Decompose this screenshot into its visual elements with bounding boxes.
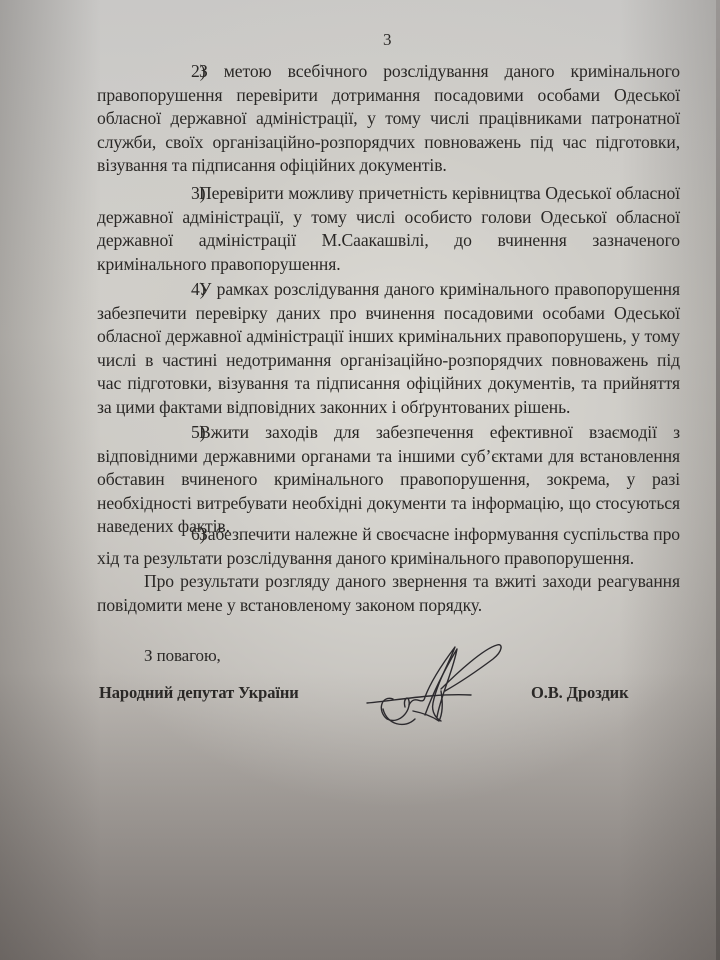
signature-icon bbox=[353, 633, 523, 743]
paper-edge-shadow bbox=[716, 0, 720, 960]
list-item-2: 2)З метою всебічного розслідування даног… bbox=[97, 60, 680, 178]
final-request: Про результати розгляду даного звернення… bbox=[97, 570, 680, 617]
item-number: 2) bbox=[144, 60, 199, 84]
list-item-6: 6)Забезпечити належне й своєчасне інформ… bbox=[97, 523, 680, 570]
page-number: 3 bbox=[383, 28, 391, 52]
list-item-3: 3)Перевірити можливу причетність керівни… bbox=[97, 182, 680, 276]
closing-salutation: З повагою, bbox=[144, 644, 221, 668]
list-item-5: 5)Вжити заходів для забезпечення ефектив… bbox=[97, 421, 680, 539]
signer-title: Народний депутат України bbox=[99, 681, 299, 705]
item-number: 4) bbox=[144, 278, 199, 302]
item-number: 6) bbox=[144, 523, 199, 547]
item-number: 5) bbox=[144, 421, 199, 445]
signer-name: О.В. Дроздик bbox=[531, 681, 629, 705]
list-item-4: 4)У рамках розслідування даного кримінал… bbox=[97, 278, 680, 420]
item-number: 3) bbox=[144, 182, 199, 206]
